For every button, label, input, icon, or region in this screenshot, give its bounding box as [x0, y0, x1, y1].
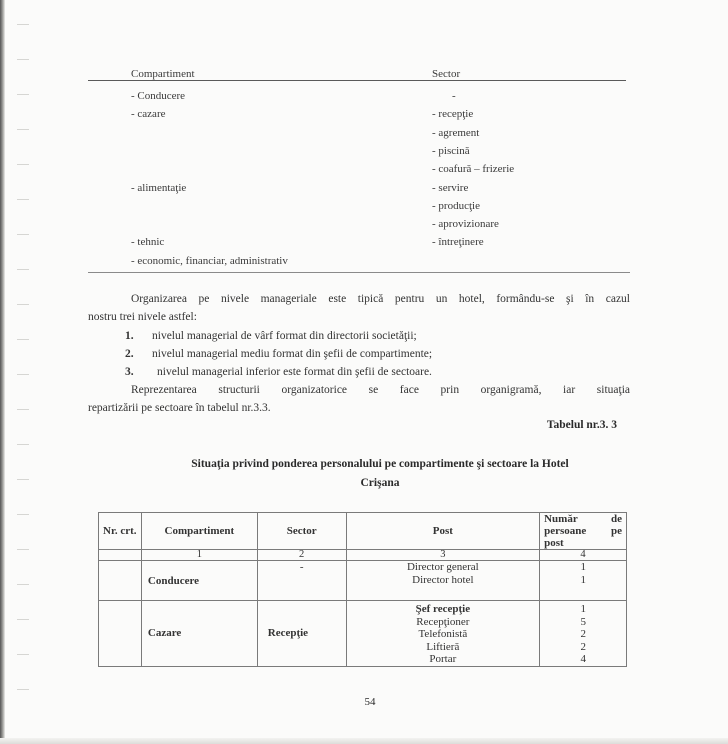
page-bottom-edge [0, 738, 728, 744]
table-body: Conducere-Director generalDirector hotel… [99, 561, 627, 667]
margin-tick [17, 409, 29, 410]
cell-nr [99, 601, 142, 667]
margin-tick [17, 339, 29, 340]
page-number: 54 [0, 696, 728, 708]
post-name: Şef recepţie [351, 603, 536, 616]
margin-tick [17, 164, 29, 165]
cell-compartment: Conducere [141, 561, 257, 601]
margin-tick [17, 129, 29, 130]
table-header-row: Nr. crt. Compartiment Sector Post Număr … [99, 513, 627, 550]
margin-tick [17, 234, 29, 235]
margin-tick [17, 654, 29, 655]
column-number-3: 3 [346, 550, 540, 561]
margin-tick [17, 199, 29, 200]
level-2-number: 2. [125, 345, 134, 364]
intro-paragraph-line2: nostru trei nivele astfel: [88, 308, 197, 327]
column-number-2: 2 [257, 550, 346, 561]
margin-tick [17, 444, 29, 445]
margin-tick [17, 59, 29, 60]
post-name: Director general [351, 561, 536, 574]
column-number-empty [99, 550, 142, 561]
post-name: Portar [351, 653, 536, 666]
header-post: Post [346, 513, 540, 550]
post-count: 5 [544, 616, 586, 629]
list-header-sector: Sector [432, 68, 460, 80]
header-sector: Sector [257, 513, 346, 550]
list-compartment: - economic, financiar, administrativ [131, 255, 288, 267]
staff-table: Nr. crt. Compartiment Sector Post Număr … [98, 512, 627, 667]
list-compartment: - Conducere [131, 90, 185, 102]
column-number-1: 1 [141, 550, 257, 561]
page-binding-edge [0, 0, 5, 744]
list-sector: - aprovizionare [432, 218, 499, 230]
post-count: 2 [544, 628, 586, 641]
cell-compartment: Cazare [141, 601, 257, 667]
post-name: Director hotel [351, 574, 536, 587]
cell-counts: 15224 [540, 601, 627, 667]
intro-paragraph-line1: Organizarea pe nivele manageriale este t… [131, 290, 630, 309]
post-name: Liftieră [351, 641, 536, 654]
cell-posts: Şef recepţieRecepţionerTelefonistăLiftie… [346, 601, 540, 667]
level-2-text: nivelul managerial mediu format din şefi… [152, 345, 432, 364]
repr-paragraph-line2: repartizării pe sectoare în tabelul nr.3… [88, 399, 271, 418]
margin-tick [17, 374, 29, 375]
list-sector: - producţie [432, 200, 480, 212]
cell-sector: Recepţie [257, 601, 346, 667]
header-compartment: Compartiment [141, 513, 257, 550]
table-title-line1: Situaţia privind ponderea personalului p… [0, 458, 728, 470]
margin-tick [17, 689, 29, 690]
column-number-4: 4 [540, 550, 627, 561]
cell-sector: - [257, 561, 346, 601]
list-sector: - piscină [432, 145, 470, 157]
list-compartment: - alimentaţie [131, 182, 186, 194]
post-count: 1 [544, 561, 586, 574]
list-sector: - întreţinere [432, 236, 484, 248]
list-bottom-rule [88, 272, 630, 273]
list-sector: - coafură – frizerie [432, 163, 514, 175]
list-top-rule [88, 80, 626, 81]
column-number-row: 1 2 3 4 [99, 550, 627, 561]
header-count: Număr de persoane pe post [540, 513, 627, 550]
post-count: 2 [544, 641, 586, 654]
repr-paragraph-line1: Reprezentarea structurii organizatorice … [131, 381, 630, 400]
post-count: 1 [544, 574, 586, 587]
margin-tick [17, 619, 29, 620]
margin-tick [17, 24, 29, 25]
cell-posts: Director generalDirector hotel [346, 561, 540, 601]
list-compartment: - tehnic [131, 236, 164, 248]
cell-counts: 11 [540, 561, 627, 601]
table-row: CazareRecepţieŞef recepţieRecepţionerTel… [99, 601, 627, 667]
level-1-text: nivelul managerial de vârf format din di… [152, 327, 417, 346]
margin-tick [17, 304, 29, 305]
list-sector: - [452, 90, 456, 102]
level-3-number: 3. [125, 363, 134, 382]
table-label: Tabelul nr.3. 3 [547, 419, 617, 431]
margin-tick [17, 269, 29, 270]
list-header-compartment: Compartiment [131, 68, 195, 80]
post-name: Recepţioner [351, 616, 536, 629]
margin-tick [17, 549, 29, 550]
list-sector: - servire [432, 182, 468, 194]
post-count: 1 [544, 603, 586, 616]
list-sector: - recepţie [432, 108, 473, 120]
level-1-number: 1. [125, 327, 134, 346]
table-title-line2: Crişana [0, 477, 728, 489]
cell-nr [99, 561, 142, 601]
list-sector: - agrement [432, 127, 479, 139]
level-3-text: nivelul managerial inferior este format … [157, 363, 432, 382]
list-compartment: - cazare [131, 108, 166, 120]
margin-tick [17, 514, 29, 515]
margin-tick [17, 584, 29, 585]
header-nr: Nr. crt. [99, 513, 142, 550]
post-name: Telefonistă [351, 628, 536, 641]
margin-tick [17, 94, 29, 95]
post-count: 4 [544, 653, 586, 666]
table-row: Conducere-Director generalDirector hotel… [99, 561, 627, 601]
